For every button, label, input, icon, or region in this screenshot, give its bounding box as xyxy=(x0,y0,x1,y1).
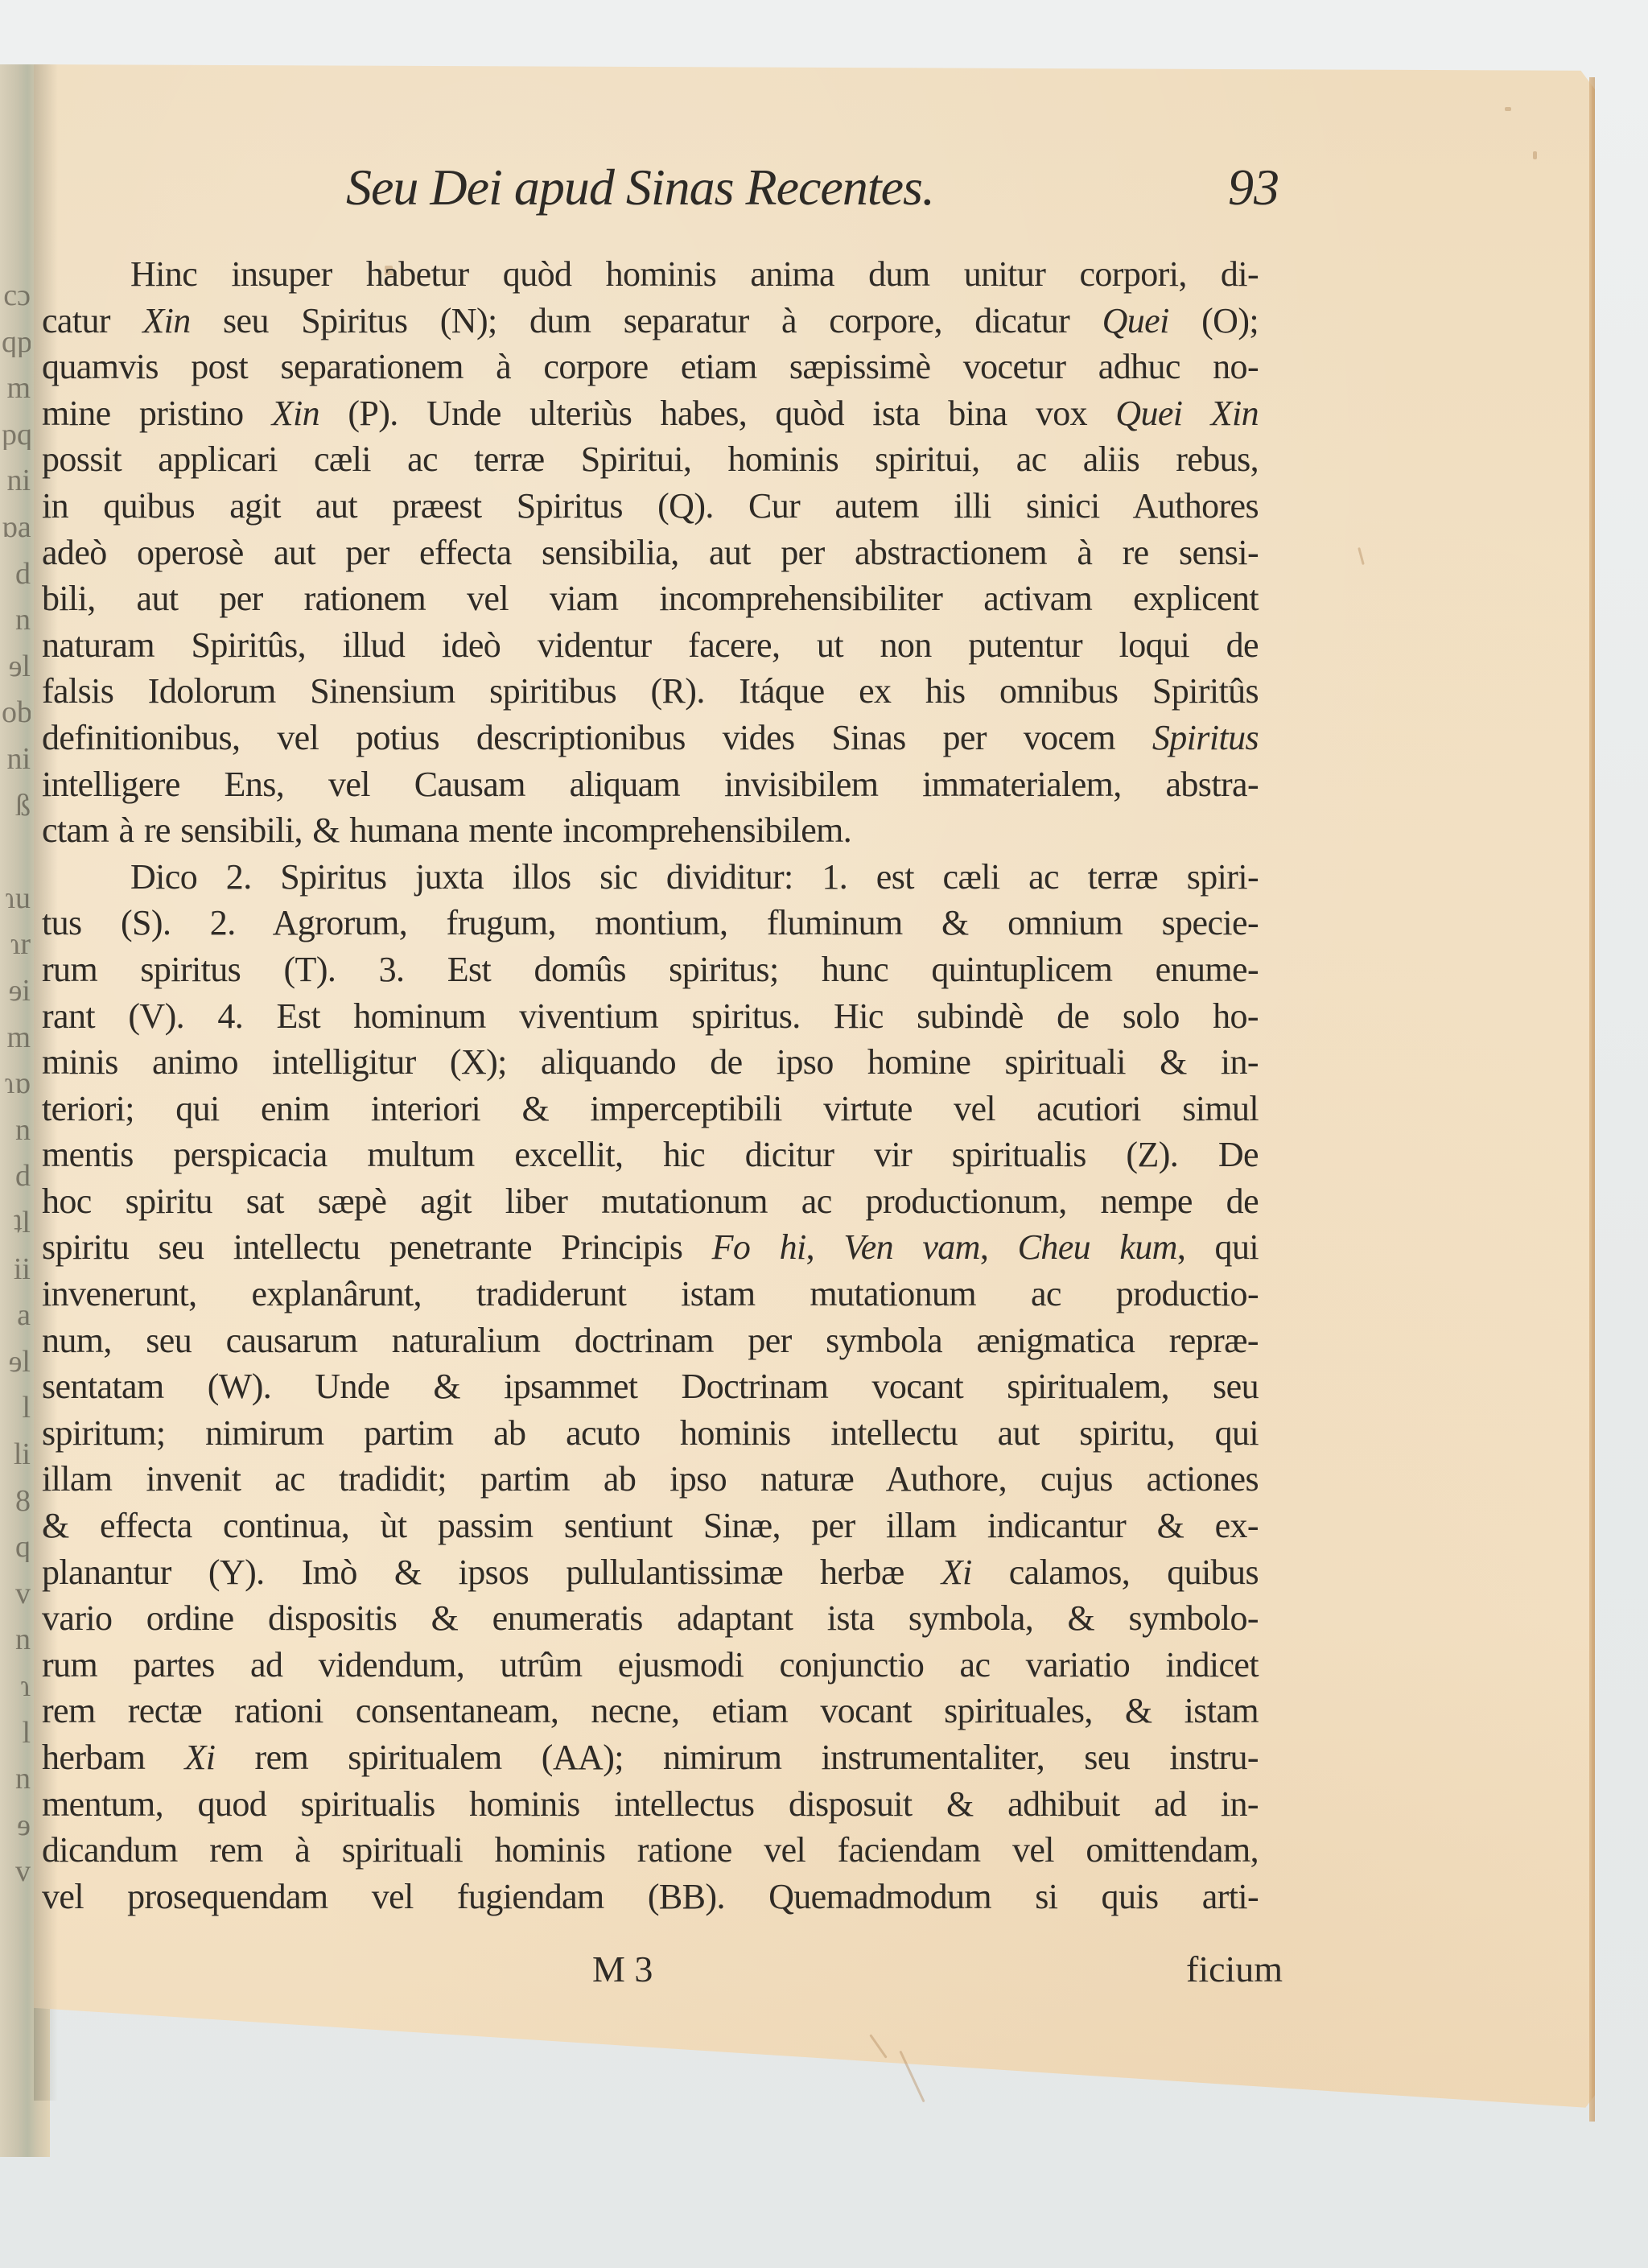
text-run: (P). Unde ulteriùs habes, quòd ista bina… xyxy=(319,394,1115,433)
text-run: sentatam (W). Unde & ipsammet Doctrinam … xyxy=(42,1367,1259,1406)
text-line: illam invenit ac tradidit; partim ab ips… xyxy=(42,1456,1259,1503)
text-run: teriori; qui enim interiori & impercepti… xyxy=(42,1089,1259,1128)
text-run: minis animo intelligitur (X); aliquando … xyxy=(42,1042,1259,1082)
text-line: vel prosequendam vel fugiendam (BB). Que… xyxy=(42,1874,1259,1920)
signature-mark: M 3 xyxy=(592,1948,653,1990)
text-line: in quibus agit aut præest Spiritus (Q). … xyxy=(42,483,1259,530)
text-line: & effecta continua, ùt passim sentiunt S… xyxy=(42,1503,1259,1549)
previous-page-text-fragment: q xyxy=(2,1532,31,1562)
text-run: seu Spiritus (N); dum separatur à corpor… xyxy=(191,301,1102,340)
text-line: intelligere Ens, vel Causam aliquam invi… xyxy=(42,761,1259,808)
text-line: Dico 2. Spiritus juxta illos sic dividit… xyxy=(42,854,1259,901)
text-run: definitionibus, vel potius descriptionib… xyxy=(42,718,1152,757)
text-run: calamos, quibus xyxy=(972,1553,1259,1592)
previous-page-text-fragment: n xyxy=(2,1115,31,1145)
text-run: num, seu causarum naturalium doctrinam p… xyxy=(42,1321,1259,1360)
running-head: Seu Dei apud Sinas Recentes. 93 xyxy=(346,158,1279,230)
text-run: vario ordine dispositis & enumeratis ada… xyxy=(42,1598,1259,1638)
text-line: mentis perspicacia multum excellit, hic … xyxy=(42,1132,1259,1178)
text-run: Dico 2. Spiritus juxta illos sic dividit… xyxy=(130,857,1259,897)
text-run: spiritum; nimirum partim ab acuto homini… xyxy=(42,1413,1259,1453)
italic-term: Xi xyxy=(941,1553,972,1592)
previous-page-text-fragment: ʇl xyxy=(2,1207,31,1238)
previous-page-text-fragment: ɿɒ xyxy=(2,1068,31,1099)
previous-page-text-fragment: ii xyxy=(2,1254,31,1285)
text-run: , qui xyxy=(1177,1227,1259,1267)
italic-term: Cheu kum xyxy=(1018,1227,1177,1267)
text-line: definitionibus, vel potius descriptionib… xyxy=(42,715,1259,761)
previous-page-text-fragment: ɘ xyxy=(2,1810,31,1841)
text-run: falsis Idolorum Sinensium spiritibus (R)… xyxy=(42,671,1259,711)
previous-page-text-fragment: ɿu xyxy=(2,883,31,913)
text-line: adeò operosè aut per effecta sensibilia,… xyxy=(42,530,1259,576)
text-line: mentum, quod spiritualis hominis intelle… xyxy=(42,1781,1259,1828)
previous-page-text-fragment: ni xyxy=(2,465,31,496)
text-line: rum partes ad videndum, utrûm ejusmodi c… xyxy=(42,1642,1259,1689)
text-run: , xyxy=(980,1227,1018,1267)
text-line: num, seu causarum naturalium doctrinam p… xyxy=(42,1318,1259,1364)
text-line: invenerunt, explanârunt, tradiderunt ist… xyxy=(42,1271,1259,1318)
text-line: catur Xin seu Spiritus (N); dum separatu… xyxy=(42,298,1259,344)
previous-page-text-fragment: qp xyxy=(2,327,31,357)
previous-page-text-fragment: n xyxy=(2,1624,31,1655)
italic-term: Spiritus xyxy=(1152,718,1259,757)
text-line: quamvis post separationem à corpore etia… xyxy=(42,344,1259,390)
text-run: quamvis post separationem à corpore etia… xyxy=(42,347,1259,386)
text-line: mine pristino Xin (P). Unde ulteriùs hab… xyxy=(42,390,1259,437)
text-run: adeò operosè aut per effecta sensibilia,… xyxy=(42,533,1259,572)
previous-page-text-fragment: m xyxy=(2,1022,31,1053)
previous-page-text-fragment: m xyxy=(2,373,31,403)
text-run: catur xyxy=(42,301,142,340)
text-line: falsis Idolorum Sinensium spiritibus (R)… xyxy=(42,668,1259,715)
previous-page-text-fragment: ɿr xyxy=(2,929,31,959)
text-line: possit applicari cæli ac terræ Spiritui,… xyxy=(42,436,1259,483)
text-run: possit applicari cæli ac terræ Spiritui,… xyxy=(42,439,1259,479)
previous-page-text-fragment: a xyxy=(2,1300,31,1330)
paper-speck xyxy=(1505,107,1511,111)
text-run: naturam Spiritûs, illud ideò videntur fa… xyxy=(42,625,1259,665)
text-run: vel prosequendam vel fugiendam (BB). Que… xyxy=(42,1877,1259,1916)
italic-term: Quei Xin xyxy=(1115,394,1259,433)
previous-page-text-fragment: ɘl xyxy=(2,651,31,682)
previous-page-text-fragment: 8 xyxy=(2,1486,31,1516)
text-run: hoc spiritu sat sæpè agit liber mutation… xyxy=(42,1181,1259,1221)
italic-term: Quei xyxy=(1102,301,1169,340)
running-title: Seu Dei apud Sinas Recentes. xyxy=(346,158,934,217)
text-run: planantur (Y). Imò & ipsos pullulantissi… xyxy=(42,1553,941,1592)
text-run: in quibus agit aut præest Spiritus (Q). … xyxy=(42,486,1259,526)
text-line: teriori; qui enim interiori & impercepti… xyxy=(42,1086,1259,1132)
previous-page-text-fragment: d xyxy=(2,1161,31,1191)
page-edge xyxy=(1589,77,1595,2122)
text-line: rem rectæ rationi consentaneam, necne, e… xyxy=(42,1688,1259,1734)
previous-page-text-fragment: ß xyxy=(2,790,31,821)
previous-page-text-fragment: ɒa xyxy=(2,512,31,542)
text-line: spiritu seu intellectu penetrante Princi… xyxy=(42,1224,1259,1271)
text-run: mentis perspicacia multum excellit, hic … xyxy=(42,1135,1259,1174)
text-run: rum partes ad videndum, utrûm ejusmodi c… xyxy=(42,1645,1259,1685)
body-text: Hinc insuper habetur quòd hominis anima … xyxy=(42,251,1259,1920)
previous-page-text-fragment: pq xyxy=(2,419,31,450)
text-run: dicandum rem à spirituali hominis ration… xyxy=(42,1830,1259,1870)
italic-term: Xin xyxy=(272,394,319,433)
text-run: herbam xyxy=(42,1738,184,1777)
text-line: vario ordine dispositis & enumeratis ada… xyxy=(42,1595,1259,1642)
text-run: bili, aut per rationem vel viam incompre… xyxy=(42,579,1259,618)
paper-speck xyxy=(1533,151,1537,159)
previous-page-text-fragment: n xyxy=(2,1763,31,1794)
previous-page-text-fragment: n xyxy=(2,604,31,635)
text-run: invenerunt, explanârunt, tradiderunt ist… xyxy=(42,1274,1259,1313)
text-line: hoc spiritu sat sæpè agit liber mutation… xyxy=(42,1178,1259,1225)
text-run: rum spiritus (T). 3. Est domûs spiritus;… xyxy=(42,950,1259,989)
italic-term: Xi xyxy=(184,1738,215,1777)
text-run: illam invenit ac tradidit; partim ab ips… xyxy=(42,1459,1259,1499)
text-run: , xyxy=(806,1227,844,1267)
page-number: 93 xyxy=(1228,158,1279,217)
text-run: ctam à re sensibili, & humana mente inco… xyxy=(42,810,851,850)
previous-page-text-fragment: cɔ xyxy=(2,280,31,311)
text-run: rant (V). 4. Est hominum viventium spiri… xyxy=(42,996,1259,1036)
italic-term: Fo hi xyxy=(712,1227,806,1267)
previous-page-text-fragment: ob xyxy=(2,697,31,728)
previous-page-text-fragment: d xyxy=(2,559,31,589)
text-run: Hinc insuper habetur quòd hominis anima … xyxy=(130,254,1259,294)
text-run: tus (S). 2. Agrorum, frugum, montium, fl… xyxy=(42,903,1259,942)
text-run: (O); xyxy=(1169,301,1259,340)
text-run: & effecta continua, ùt passim sentiunt S… xyxy=(42,1506,1259,1545)
italic-term: Ven vam xyxy=(843,1227,980,1267)
text-line: bili, aut per rationem vel viam incompre… xyxy=(42,575,1259,622)
text-run: intelligere Ens, vel Causam aliquam invi… xyxy=(42,765,1259,804)
previous-page-text-fragment: ɘl xyxy=(2,1346,31,1377)
text-line: spiritum; nimirum partim ab acuto homini… xyxy=(42,1410,1259,1457)
text-line: ctam à re sensibili, & humana mente inco… xyxy=(42,807,1259,854)
text-run: spiritu seu intellectu penetrante Princi… xyxy=(42,1227,712,1267)
text-line: Hinc insuper habetur quòd hominis anima … xyxy=(42,251,1259,298)
text-run: rem rectæ rationi consentaneam, necne, e… xyxy=(42,1691,1259,1730)
text-line: planantur (Y). Imò & ipsos pullulantissi… xyxy=(42,1549,1259,1596)
text-line: minis animo intelligitur (X); aliquando … xyxy=(42,1039,1259,1086)
text-line: sentatam (W). Unde & ipsammet Doctrinam … xyxy=(42,1363,1259,1410)
catchword: ficium xyxy=(1186,1948,1283,1990)
text-run: mine pristino xyxy=(42,394,272,433)
text-line: rum spiritus (T). 3. Est domûs spiritus;… xyxy=(42,946,1259,993)
text-line: dicandum rem à spirituali hominis ration… xyxy=(42,1827,1259,1874)
previous-page-text-fragment: ɘi xyxy=(2,975,31,1006)
previous-page-text-fragment: l xyxy=(2,1717,31,1748)
previous-page-text-fragment: ni xyxy=(2,744,31,774)
text-run: mentum, quod spiritualis hominis intelle… xyxy=(42,1784,1259,1824)
previous-page-text-fragment: ɿ xyxy=(2,1671,31,1701)
text-line: naturam Spiritûs, illud ideò videntur fa… xyxy=(42,622,1259,669)
text-line: tus (S). 2. Agrorum, frugum, montium, fl… xyxy=(42,900,1259,946)
previous-page-text-fragment: v xyxy=(2,1856,31,1887)
text-run: rem spiritualem (AA); nimirum instrument… xyxy=(215,1738,1259,1777)
previous-page-text-fragment: v xyxy=(2,1578,31,1609)
previous-page-text-fragment: l xyxy=(2,1392,31,1423)
italic-term: Xin xyxy=(142,301,190,340)
text-line: herbam Xi rem spiritualem (AA); nimirum … xyxy=(42,1734,1259,1781)
previous-page-text-fragment: li xyxy=(2,1439,31,1470)
text-line: rant (V). 4. Est hominum viventium spiri… xyxy=(42,993,1259,1040)
